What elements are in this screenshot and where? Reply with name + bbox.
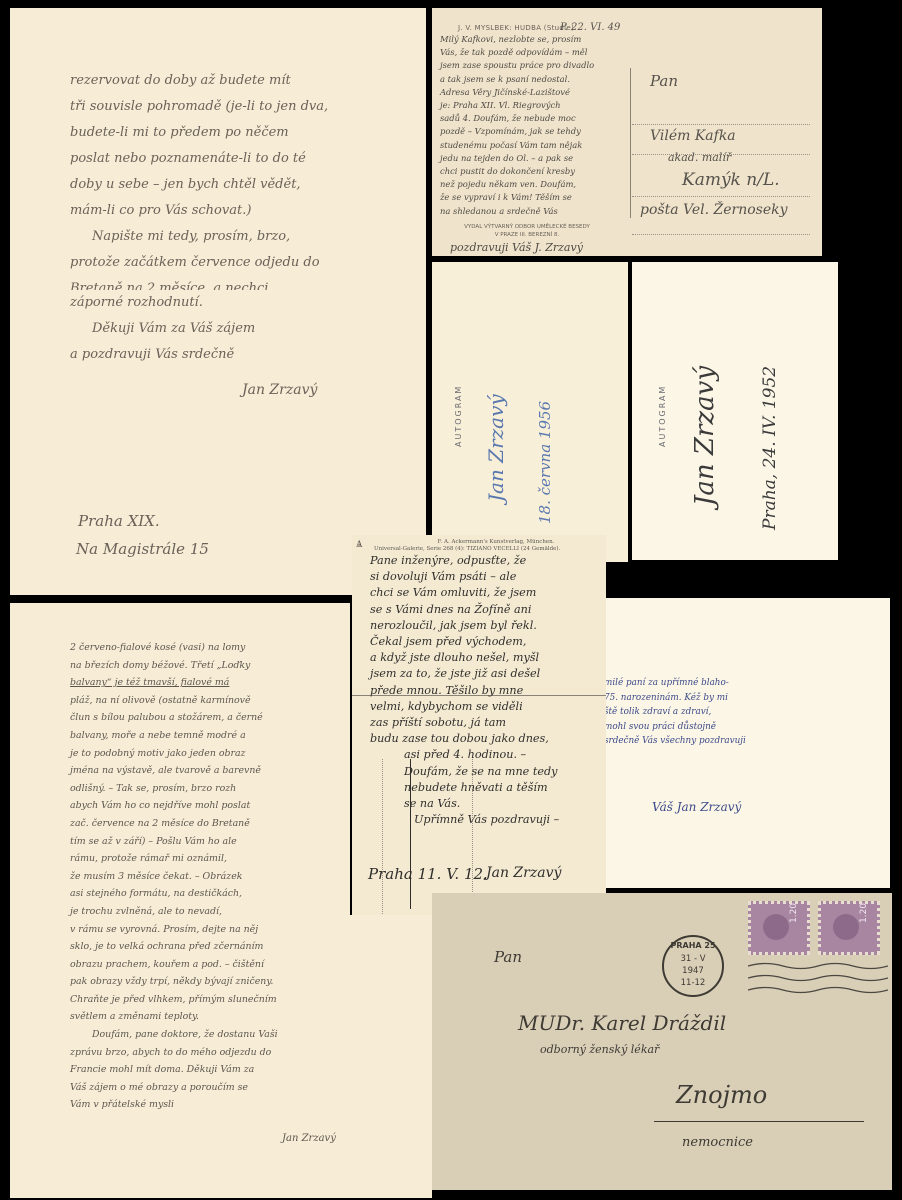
letter-line: záporné rozhodnutí.	[70, 290, 255, 316]
letter-page-bottom-edge	[340, 915, 432, 1198]
letter-body: rezervovat do doby až budete mít tři sou…	[70, 68, 328, 304]
letter-line: jména na výstavě, ale tvarově a barevně	[70, 762, 278, 780]
postmark-year: 1947	[664, 966, 722, 976]
recipient-name: Vilém Kafka	[650, 128, 736, 144]
message-line: a tak jsem se k psaní nedostal.	[440, 73, 594, 86]
message-line: si dovoluji Vám psáti – ale	[370, 569, 559, 585]
postmark-date: 31 - V	[664, 954, 722, 964]
letter-line: člun s bílou palubou a stožárem, a černé	[70, 709, 278, 727]
message-line: pozdě – Vzpomínám, jak se tehdy	[440, 125, 594, 138]
letter-line: protože začátkem července odjedu do	[70, 250, 328, 276]
letter-page-top: rezervovat do doby až budete mít tři sou…	[10, 8, 426, 304]
message-line: Pane inženýre, odpusťte, že	[370, 553, 559, 569]
letter-line: na březích domy béžové. Třetí „Loďky	[70, 657, 278, 675]
message-line: nebudete hněvati a těším	[370, 780, 559, 796]
message-line: na shledanou a srdečně Vás	[440, 205, 594, 218]
message-line: sadů 4. Doufám, že nebude moc	[440, 112, 594, 125]
letter-line: je to podobný motiv jako jeden obraz	[70, 745, 278, 763]
letter-line: budete-li mi to předem po něčem	[70, 120, 328, 146]
message-line: chci pustit do dokončení kresby	[440, 165, 594, 178]
letter-line: světlem a změnami teploty.	[70, 1008, 278, 1026]
letter-line: Francie mohl mít doma. Děkuji Vám za	[70, 1061, 278, 1079]
letter-line: mám-li co pro Vás schovat.)	[70, 198, 328, 224]
publisher-line: VYDAL VÝTVARNÝ ODBOR UMĚLECKÉ BESEDY	[452, 223, 602, 231]
message-line: nerozloučil, jak jsem byl řekl.	[370, 618, 559, 634]
letter-line: Děkuji Vám za Váš zájem	[70, 316, 255, 342]
recipient-name: MUDr. Karel Dráždil	[518, 1011, 726, 1035]
letter-line: v rámu se vyrovná. Prosím, dejte na něj	[70, 921, 278, 939]
letter-line: zač. července na 2 měsíce do Bretaně	[70, 815, 278, 833]
address-rule	[632, 196, 810, 197]
recipient-title: odborný ženský lékař	[540, 1043, 659, 1056]
letter-page-bottom: 2 červeno-fialové kosé (vasi) na lomy na…	[10, 603, 350, 1198]
printed-header: F. A. Ackermann's Kunstverlag, München. …	[358, 539, 606, 553]
letter-line: rámu, protože rámař mi oznámil,	[70, 850, 278, 868]
letter-line: asi stejného formátu, na destičkách,	[70, 885, 278, 903]
letter-line: milé paní za upřímné blaho-	[604, 676, 746, 691]
postmark: PRAHA 25 31 - V 1947 11-12	[662, 935, 724, 997]
message-line: se s Vámi dnes na Žofíně ani	[370, 602, 559, 618]
letter-line: Vám v přátelské mysli	[70, 1096, 278, 1114]
message-line: že se vypraví i k Vám! Těším se	[440, 191, 594, 204]
letter-line: tím se až v září) – Pošlu Vám ho ale	[70, 833, 278, 851]
postmark-time: 11-12	[664, 978, 722, 988]
recipient-salutation: Pan	[650, 72, 678, 90]
recipient-place: nemocnice	[682, 1135, 753, 1150]
letter-line: 2 červeno-fialové kosé (vasi) na lomy	[70, 639, 278, 657]
autogram-date: 18. června 1956	[536, 401, 554, 524]
salutation: Pan	[494, 948, 522, 966]
postcard-message: Milý Kafkovi, nezlobte se, prosím Vás, ž…	[440, 33, 594, 218]
stamp-portrait-icon	[763, 914, 789, 940]
letter-line: a pozdravuji Vás srdečně	[70, 342, 255, 368]
letter-line: Chraňte je před vlhkem, přímým slunečním	[70, 991, 278, 1009]
letter-line: odlišný. – Tak se, prosím, brzo rozh	[70, 780, 278, 798]
place-date: Praha 11. V. 12.	[368, 865, 488, 883]
message-line: jedu na tejden do Ol. – a pak se	[440, 152, 594, 165]
postcard-tiziano: Ѧ F. A. Ackermann's Kunstverlag, München…	[352, 535, 606, 915]
envelope: 1.20 1.20 PRAHA 25 31 - V 1947 11-12 Pan…	[432, 893, 892, 1190]
recipient-town: Znojmo	[676, 1081, 767, 1109]
letter-body: milé paní za upřímné blaho- 75. narozeni…	[604, 676, 746, 749]
publisher-line: V PRAZE III. BEREZNÍ 8.	[452, 231, 602, 239]
address-line: Na Magistrále 15	[76, 540, 209, 558]
postcard-myslbek: J. V. MYSLBEK: HUDBA (Studie) P. 22. VI.…	[432, 8, 822, 256]
printed-header: J. V. MYSLBEK: HUDBA (Studie)	[458, 24, 574, 32]
letter-line: abych Vám ho co nejdříve mohl poslat	[70, 797, 278, 815]
letter-line: 75. narozeninám. Kéž by mi	[604, 691, 746, 706]
header-line: Universal-Galerie, Serie 268 (4): TIZIAN…	[374, 546, 606, 553]
autogram-label: AUTOGRAM	[454, 385, 463, 447]
message-line: přede mnou. Těšilo by mne	[370, 683, 559, 699]
letter-line: Váš zájem o mé obrazy a poroučím se	[70, 1079, 278, 1097]
message-line: zas příští sobotu, já tam	[370, 715, 559, 731]
publisher-imprint: VYDAL VÝTVARNÝ ODBOR UMĚLECKÉ BESEDY V P…	[452, 223, 602, 239]
letter-line: Napište mi tedy, prosím, brzo,	[70, 224, 328, 250]
message-line: je: Praha XII. Vl. Riegrových	[440, 99, 594, 112]
message-line: velmi, kdybychom se viděli	[370, 699, 559, 715]
autogram-signature: Jan Zrzavý	[690, 366, 720, 506]
letter-line: rezervovat do doby až budete mít	[70, 68, 328, 94]
letter-line: pláž, na ní olivově (ostatně karmínově	[70, 692, 278, 710]
message-line: jsem zase spoustu práce pro divadlo	[440, 59, 594, 72]
letter-line: balvany“ je též tmavší, fialové má	[70, 674, 278, 692]
autogram-label: AUTOGRAM	[658, 385, 667, 447]
letter-line: srdečně Vás všechny pozdravuji	[604, 734, 746, 749]
letter-line: že musím 3 měsíce čekat. – Obrázek	[70, 868, 278, 886]
signature: Jan Zrzavý	[282, 1133, 336, 1144]
message-line: Adresa Věry Jičínské-Lazištové	[440, 86, 594, 99]
signature: Váš Jan Zrzavý	[652, 800, 741, 814]
message-line: Upřímně Vás pozdravuji –	[370, 812, 559, 828]
message-line: studenému počasí Vám tam nějak	[440, 139, 594, 152]
postage-stamp: 1.20	[748, 901, 810, 955]
message-line: budu zase tou dobou jako dnes,	[370, 731, 559, 747]
header-line: F. A. Ackermann's Kunstverlag, München.	[374, 539, 606, 546]
letter-line: balvany, moře a nebe temně modré a	[70, 727, 278, 745]
postmark-city: PRAHA 25	[664, 941, 722, 950]
letter-line: je trochu zvlněná, ale to nevadí,	[70, 903, 278, 921]
message-line: se na Vás.	[370, 796, 559, 812]
message-line: než pojedu někam ven. Doufám,	[440, 178, 594, 191]
closing: pozdravuji Váš J. Zrzavý	[450, 241, 583, 254]
address-rule	[632, 234, 810, 235]
letter-body: záporné rozhodnutí. Děkuji Vám za Váš zá…	[70, 290, 255, 368]
stamp-value: 1.20	[789, 903, 799, 923]
recipient-title: akad. malíř	[668, 151, 731, 164]
letter-line: ště tolik zdraví a zdraví,	[604, 705, 746, 720]
message-line: Vás, že tak pozdě odpovídám – měl	[440, 46, 594, 59]
message-line: jsem za to, že jste již asi dešel	[370, 666, 559, 682]
letter-line: poslat nebo poznamenáte-li to do té	[70, 146, 328, 172]
message-line: Milý Kafkovi, nezlobte se, prosím	[440, 33, 594, 46]
message-line: Doufám, že se na mne tedy	[370, 764, 559, 780]
cancellation-wave-icon	[748, 973, 888, 983]
letter-line: tři souvisle pohromadě (je-li to jen dva…	[70, 94, 328, 120]
autogram-card-2: AUTOGRAM Jan Zrzavý Praha, 24. IV. 1952	[632, 262, 838, 560]
recipient-post: pošta Vel. Žernoseky	[640, 202, 788, 218]
autogram-date: Praha, 24. IV. 1952	[760, 366, 780, 530]
letter-line: mohl svou práci důstojně	[604, 720, 746, 735]
postcard-divider	[630, 68, 631, 218]
autogram-card-1: AUTOGRAM Jan Zrzavý 18. června 1956	[432, 262, 628, 562]
address-underline	[654, 1121, 864, 1122]
signature: Jan Zrzavý	[242, 382, 317, 398]
cancellation-wave-icon	[748, 961, 888, 971]
letter-body: 2 červeno-fialové kosé (vasi) na lomy na…	[70, 639, 278, 1114]
letter-line: sklo, je to velká ochrana před zčernáním	[70, 938, 278, 956]
message-line: Čekal jsem před východem,	[370, 634, 559, 650]
letter-blue-ink: milé paní za upřímné blaho- 75. narozeni…	[600, 598, 890, 888]
message-line: asi před 4. hodinou. –	[370, 747, 559, 763]
cancellation-wave-icon	[748, 985, 888, 995]
signature: Jan Zrzavý	[486, 865, 561, 881]
letter-line: Doufám, pane doktore, že dostanu Vaši	[70, 1026, 278, 1044]
postcard-message: Pane inženýre, odpusťte, že si dovoluji …	[370, 553, 559, 828]
letter-line: zprávu brzo, abych to do mého odjezdu do	[70, 1044, 278, 1062]
autogram-signature: Jan Zrzavý	[484, 394, 508, 502]
postage-stamp: 1.20	[818, 901, 880, 955]
recipient-town: Kamýk n/L.	[682, 170, 780, 190]
letter-line: doby u sebe – jen bych chtěl vědět,	[70, 172, 328, 198]
message-line: a když jste dlouho nešel, myšl	[370, 650, 559, 666]
letter-line: obrazu prachem, kouřem a pod. – čištění	[70, 956, 278, 974]
postcard-date: P. 22. VI. 49	[560, 22, 620, 33]
stamp-value: 1.20	[859, 903, 869, 923]
message-line: chci se Vám omluviti, že jsem	[370, 585, 559, 601]
letter-line: pak obrazy vždy trpí, někdy bývají zniče…	[70, 973, 278, 991]
address-rule	[632, 124, 810, 125]
address-line: Praha XIX.	[78, 512, 160, 530]
stamp-portrait-icon	[833, 914, 859, 940]
